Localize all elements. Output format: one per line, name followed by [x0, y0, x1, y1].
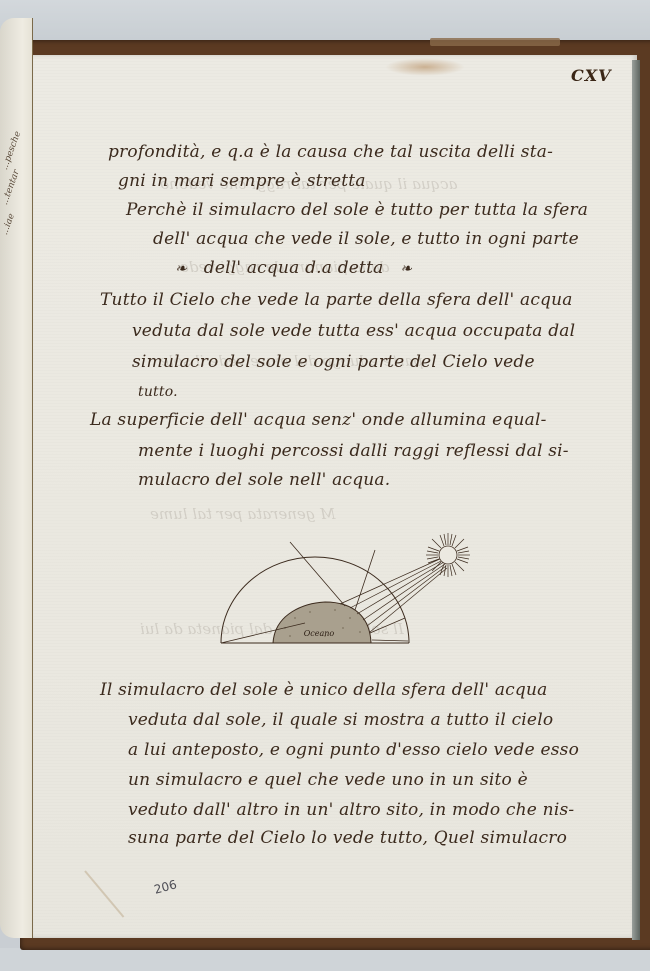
- text-line: veduta dal sole vede tutta ess' acqua oc…: [132, 321, 575, 341]
- text-line: profondità, e q.a è la causa che tal usc…: [108, 142, 553, 162]
- left-page-fragment: ...iae: [0, 212, 17, 236]
- text-line: mente i luoghi percossi dalli raggi refl…: [138, 441, 569, 461]
- folio-number: CXV: [571, 66, 612, 85]
- ornament-icon: ❧: [400, 261, 412, 277]
- text-line: mulacro del sole nell' acqua.: [138, 470, 390, 490]
- text-line: suna parte del Cielo lo vede tutto, Quel…: [128, 828, 567, 848]
- sun-reflection-diagram: Oceano: [215, 528, 475, 663]
- diagram-label-oceano: Oceano: [304, 629, 335, 638]
- heading-line-text: dell' acqua d.a detta: [204, 258, 384, 278]
- heading-line: Perchè il simulacro del sole è tutto per…: [126, 200, 588, 220]
- left-page-fragment: ...pesche: [0, 130, 23, 171]
- text-line: tutto.: [138, 384, 178, 400]
- text-line: veduta dal sole, il quale si mostra a tu…: [128, 710, 553, 730]
- bleed-through-text: M generata per tal lume: [150, 505, 336, 523]
- text-line: Il simulacro del sole è unico della sfer…: [100, 680, 547, 700]
- heading-line: ❧ dell' acqua d.a detta ❧: [175, 258, 412, 278]
- text-line: simulacro del sole e ogni parte del Ciel…: [132, 352, 535, 372]
- text-line: La superficie dell' acqua senz' onde all…: [90, 410, 547, 430]
- ornament-icon: ❧: [175, 261, 187, 277]
- water-stain: [385, 58, 465, 76]
- heading-line: dell' acqua che vede il sole, e tutto in…: [153, 229, 579, 249]
- text-line: un simulacro e quel che vede uno in un s…: [128, 770, 528, 790]
- page-edge-right: [632, 60, 640, 940]
- cover-wear: [430, 38, 560, 46]
- text-line: Tutto il Cielo che vede la parte della s…: [100, 290, 573, 310]
- text-line: gni in mari sempre è stretta: [118, 171, 366, 191]
- text-line: veduto dall' altro in un' altro sito, in…: [128, 800, 574, 820]
- background-bottom: [0, 948, 650, 971]
- left-page-edge: ...pesche ...tentar ...iae: [0, 18, 33, 938]
- left-page-fragment: ...tentar: [0, 169, 22, 207]
- text-line: a lui anteposto, e ogni punto d'esso cie…: [128, 740, 579, 760]
